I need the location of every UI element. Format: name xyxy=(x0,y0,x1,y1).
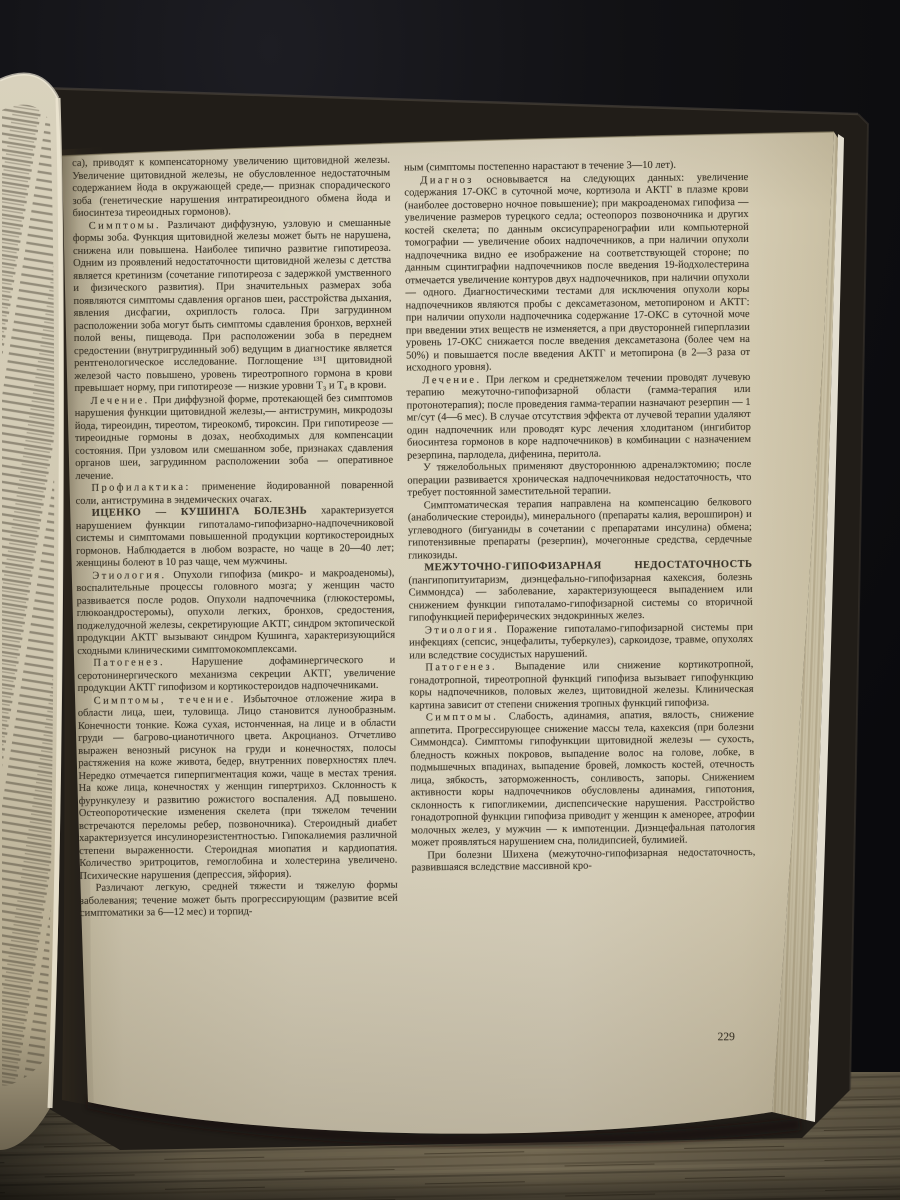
paragraph: МЕЖУТОЧНО-ГИПОФИЗАРНАЯ НЕДОСТАТОЧНОСТЬ (… xyxy=(408,559,753,625)
paragraph: Патогенез. Выпадение или снижение кортик… xyxy=(409,659,754,713)
paragraph: Симптомы. Различают диффузную, узловую и… xyxy=(73,217,393,395)
paragraph: Патогенез. Нарушение дофаминергического … xyxy=(77,655,395,696)
section-lead: Патогенез. xyxy=(425,662,497,674)
left-page-edge xyxy=(0,74,63,1150)
page-text: са), приводят к компенсаторному увеличен… xyxy=(72,151,758,1118)
paragraph: Симптомы. Слабость, адинамия, апатия, вя… xyxy=(410,709,755,850)
page-text-column-1: са), приводят к компенсаторному увеличен… xyxy=(72,155,400,1118)
section-lead: Патогенез. xyxy=(93,657,165,669)
section-lead: Симптомы. xyxy=(426,712,498,724)
section-lead: Лечение. xyxy=(90,395,149,407)
paragraph: Этиология. Опухоли гипофиза (микро- и ма… xyxy=(76,567,395,658)
paragraph: ИЦЕНКО — КУШИНГА БОЛЕЗНЬ характеризуется… xyxy=(76,505,395,571)
section-lead: Лечение. xyxy=(422,374,481,386)
section-lead: Этиология. xyxy=(425,624,499,636)
section-lead: Симптомы. xyxy=(89,220,161,232)
paragraph: Лечение. При диффузной форме, протекающе… xyxy=(74,392,393,483)
paragraph: Этиология. Поражение гипоталамо-гипофиза… xyxy=(409,621,753,662)
section-lead: Симптомы, течение. xyxy=(94,694,236,706)
paragraph: Профилактика: применение йодированной по… xyxy=(75,480,393,508)
page-number: 229 xyxy=(666,1031,786,1045)
paragraph: Диагноз основывается на следующих данных… xyxy=(404,171,750,375)
section-lead: Профилактика: xyxy=(91,482,190,494)
paragraph: Симптоматическая терапия направлена на к… xyxy=(408,496,753,562)
paragraph: са), приводят к компенсаторному увеличен… xyxy=(72,155,391,221)
left-page-microtext xyxy=(2,105,54,1086)
article-title: ИЦЕНКО — КУШИНГА БОЛЕЗНЬ xyxy=(92,506,307,519)
paragraph: Лечение. При легком и среднетяжелом тече… xyxy=(406,371,751,462)
paragraph: У тяжелобольных применяют двустороннюю а… xyxy=(407,459,751,500)
paragraph: Различают легкую, средней тяжести и тяже… xyxy=(80,880,398,921)
book-photo: са), приводят к компенсаторному увеличен… xyxy=(0,0,900,1200)
paragraph: Симптомы, течение. Избыточное отложение … xyxy=(78,692,398,883)
section-lead: Этиология. xyxy=(92,570,166,582)
article-title: МЕЖУТОЧНО-ГИПОФИЗАРНАЯ НЕДОСТАТОЧНОСТЬ xyxy=(424,559,752,573)
section-lead: Диагноз xyxy=(420,174,474,186)
paragraph: При болезни Шихена (межуточно-гипофизарн… xyxy=(411,846,755,875)
page-text-column-2: ным (симптомы постепенно нарастают в теч… xyxy=(404,151,758,1115)
